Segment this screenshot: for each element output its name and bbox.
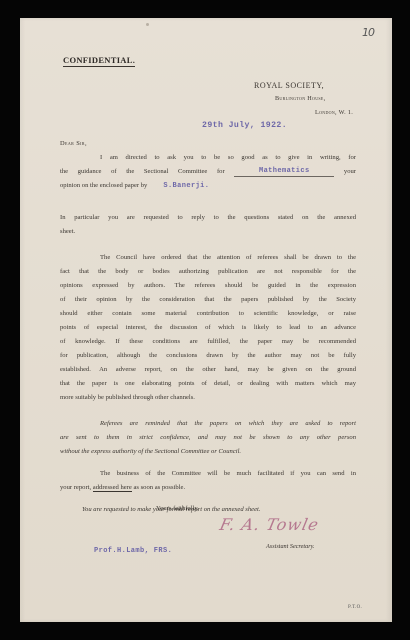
paragraph1-line1: I am directed to ask you to be so good a… — [100, 154, 356, 161]
letterhead-address-line1: Burlington House, — [275, 95, 326, 102]
paragraph3-line: for publication, although the conclusion… — [60, 352, 356, 359]
paragraph3-line: established. An adverse report, on the o… — [60, 366, 356, 373]
closing: Yours faithfully, — [156, 505, 199, 512]
confidential-heading: CONFIDENTIAL. — [63, 55, 135, 67]
letter-date: 29th July, 1922. — [202, 121, 287, 130]
paragraph3-line: points of especial interest, the discuss… — [60, 324, 356, 331]
committee-value: Mathematics — [259, 167, 310, 175]
paragraph5-line2: your report, addressed here as soon as p… — [60, 484, 185, 491]
addressed-here-underlined: addressed here — [93, 484, 132, 492]
paragraph2-line1: In particular you are requested to reply… — [60, 214, 356, 221]
paragraph1-line3-prefix: opinion on the enclosed paper by — [60, 182, 147, 189]
paragraph3-line: that the paper is one elaborating points… — [60, 380, 356, 387]
paragraph3-line: of their opinion by the consideration th… — [60, 296, 356, 303]
paragraph3-line: should either contain some material cont… — [60, 310, 356, 317]
signatory-title: Assistant Secretary. — [266, 543, 315, 550]
paragraph1-line2-prefix: the guidance of the Sectional Committee … — [60, 168, 225, 175]
addressee: Prof.H.Lamb, FRS. — [94, 547, 172, 555]
paragraph5-line2-prefix: your report, — [60, 484, 91, 491]
paragraph1-line2-suffix: your — [344, 168, 356, 175]
paragraph4-line: Referees are reminded that the papers on… — [100, 420, 356, 427]
author-value: S.Banerji. — [163, 182, 209, 190]
paragraph1-line2: the guidance of the Sectional Committee … — [60, 168, 356, 177]
handwritten-signature: F. A. Towle — [218, 515, 321, 534]
salutation: Dear Sir, — [60, 140, 87, 147]
page-number: 10 — [362, 26, 374, 39]
paragraph4-line: are sent to them in strict confidence, a… — [60, 434, 356, 441]
paragraph3-line: fact that the body or bodies authorizing… — [60, 268, 356, 275]
paragraph3-line: opinions expressed by authors. The refer… — [60, 282, 356, 289]
letterhead-address-line2: London, W. 1. — [315, 109, 353, 116]
paragraph2-line2: sheet. — [60, 228, 356, 235]
paragraph5-line2-suffix: as soon as possible. — [133, 484, 185, 491]
paragraph3-line: The Council have ordered that the attent… — [100, 254, 356, 261]
letter-page: 10 CONFIDENTIAL. ROYAL SOCIETY, Burlingt… — [20, 18, 392, 622]
paragraph4-line: without the express authority of the Sec… — [60, 448, 356, 455]
pto-mark: P.T.O. — [348, 605, 362, 610]
paragraph1-line3: opinion on the enclosed paper byS.Banerj… — [60, 182, 209, 190]
letterhead-organization: ROYAL SOCIETY, — [254, 81, 324, 90]
paragraph5-line1: The business of the Committee will be mu… — [100, 470, 356, 477]
paragraph3-line: of knowledge. If these conditions are fu… — [60, 338, 356, 345]
committee-field: Mathematics — [234, 168, 334, 177]
paper-speck — [146, 23, 149, 26]
paragraph3-line: more suitably be published through other… — [60, 394, 356, 401]
